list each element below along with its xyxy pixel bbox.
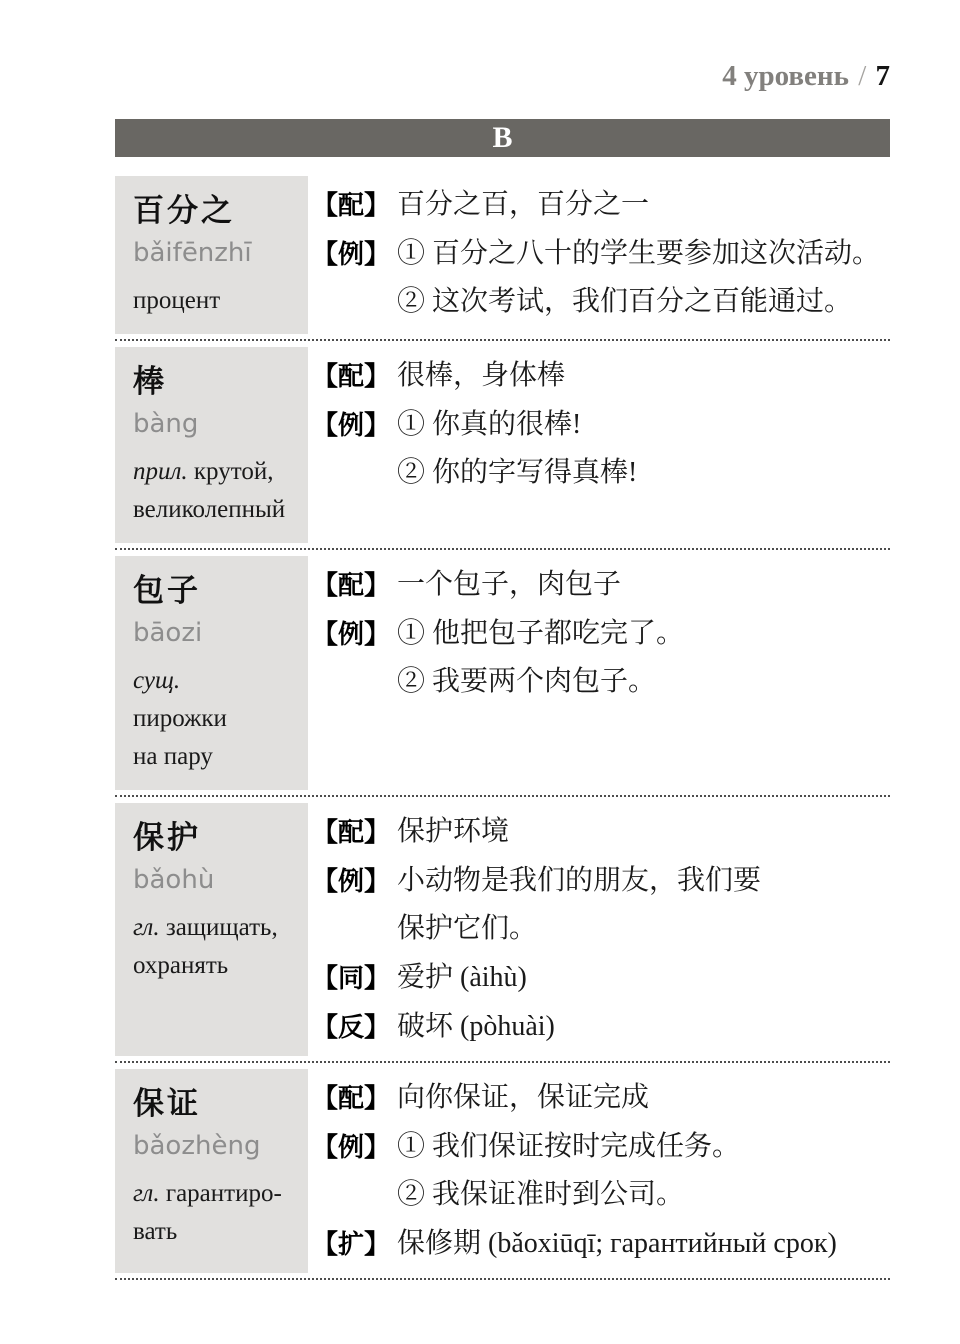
tag-li: 【例】 (312, 857, 390, 953)
collocation-line: 向你保证，保证完成 (397, 1074, 649, 1122)
russian-translation: гл. защищать, охранять (133, 909, 298, 985)
tag-li: 【例】 (312, 610, 390, 706)
synonym-segment: 【同】 爱护 (àihù) (312, 954, 890, 1002)
entry-bang: 棒 bàng прил. крутой, великолепный 【配】 很棒… (115, 347, 890, 543)
tag-tong: 【同】 (312, 954, 390, 1002)
pinyin: bǎohù (133, 863, 298, 897)
headword: 百分之 (133, 191, 298, 231)
example-segment: 【例】 ① 百分之八十的学生要参加这次活动。 ② 这次考试，我们百分之百能通过。 (312, 230, 890, 326)
example-segment: 【例】 ① 他把包子都吃完了。 ② 我要两个肉包子。 (312, 610, 890, 706)
russian-translation: прил. крутой, великолепный (133, 453, 298, 529)
entry-separator (115, 1061, 890, 1063)
entry-separator (115, 339, 890, 341)
page-content: 4 уровень / 7 B 百分之 bǎifēnzhī процент 【 (115, 0, 890, 1280)
headword: 包子 (133, 571, 298, 611)
collocation-segment: 【配】 很棒，身体棒 (312, 352, 890, 400)
tag-pei: 【配】 (312, 181, 390, 229)
tag-pei: 【配】 (312, 808, 390, 856)
russian-line: сущ. (133, 662, 298, 700)
example-line: ② 这次考试，我们百分之百能通过。 (397, 278, 880, 326)
example-line: ① 他把包子都吃完了。 (397, 610, 684, 658)
headword: 棒 (133, 362, 298, 402)
pinyin: bǎozhèng (133, 1129, 298, 1163)
synonym-line: 爱护 (àihù) (397, 954, 527, 1002)
header-separator: / (856, 60, 875, 92)
tag-pei: 【配】 (312, 561, 390, 609)
example-line: ② 我要两个肉包子。 (397, 658, 684, 706)
entry-right-column: 【配】 百分之百，百分之一 【例】 ① 百分之八十的学生要参加这次活动。 ② 这… (308, 176, 890, 334)
section-letter-bar: B (115, 119, 890, 157)
antonym-segment: 【反】 破坏 (pòhuài) (312, 1003, 890, 1051)
entry-right-column: 【配】 保护环境 【例】 小动物是我们的朋友，我们要 保护它们。 【同】 (308, 803, 890, 1056)
russian-line: на пару (133, 738, 298, 776)
headword: 保证 (133, 1084, 298, 1124)
entry-left-column: 棒 bàng прил. крутой, великолепный (115, 347, 308, 543)
tag-pei: 【配】 (312, 1074, 390, 1122)
example-line: 小动物是我们的朋友，我们要 (397, 857, 761, 905)
extension-line: 保修期 (bǎoxiūqī; гарантийный срок) (397, 1220, 837, 1268)
pinyin: bàng (133, 407, 298, 441)
example-line: 保护它们。 (397, 905, 761, 953)
example-line: ② 你的字写得真棒! (397, 449, 637, 497)
example-line: ① 百分之八十的学生要参加这次活动。 (397, 230, 880, 278)
russian-translation: гл. гарантиро- вать (133, 1175, 298, 1251)
example-line: ② 我保证准时到公司。 (397, 1171, 740, 1219)
entry-right-column: 【配】 一个包子，肉包子 【例】 ① 他把包子都吃完了。 ② 我要两个肉包子。 (308, 556, 890, 790)
entry-right-column: 【配】 向你保证，保证完成 【例】 ① 我们保证按时完成任务。 ② 我保证准时到… (308, 1069, 890, 1273)
russian-line: пирожки (133, 700, 298, 738)
russian-line: охранять (133, 947, 298, 985)
tag-fan: 【反】 (312, 1003, 390, 1051)
pinyin: bāozi (133, 616, 298, 650)
example-segment: 【例】 小动物是我们的朋友，我们要 保护它们。 (312, 857, 890, 953)
russian-line: процент (133, 282, 298, 320)
collocation-line: 很棒，身体棒 (397, 352, 565, 400)
dictionary-page: 4 уровень / 7 B 百分之 bǎifēnzhī процент 【 (0, 0, 960, 1344)
russian-line: прил. крутой, (133, 453, 298, 491)
entry-left-column: 保护 bǎohù гл. защищать, охранять (115, 803, 308, 1056)
collocation-segment: 【配】 一个包子，肉包子 (312, 561, 890, 609)
russian-line: вать (133, 1213, 298, 1251)
tag-kuo: 【扩】 (312, 1220, 390, 1268)
collocation-line: 百分之百，百分之一 (397, 181, 649, 229)
section-letter: B (492, 120, 512, 156)
tag-li: 【例】 (312, 230, 390, 326)
tag-li: 【例】 (312, 401, 390, 497)
collocation-segment: 【配】 百分之百，百分之一 (312, 181, 890, 229)
page-number: 7 (876, 60, 891, 92)
collocation-line: 一个包子，肉包子 (397, 561, 621, 609)
entry-baifenzhi: 百分之 bǎifēnzhī процент 【配】 百分之百，百分之一 【例】 (115, 176, 890, 334)
russian-translation: процент (133, 282, 298, 320)
collocation-segment: 【配】 向你保证，保证完成 (312, 1074, 890, 1122)
pinyin: bǎifēnzhī (133, 236, 298, 270)
entry-left-column: 百分之 bǎifēnzhī процент (115, 176, 308, 334)
tag-li: 【例】 (312, 1123, 390, 1219)
extension-segment: 【扩】 保修期 (bǎoxiūqī; гарантийный срок) (312, 1220, 890, 1268)
example-line: ① 我们保证按时完成任务。 (397, 1123, 740, 1171)
collocation-segment: 【配】 保护环境 (312, 808, 890, 856)
example-segment: 【例】 ① 我们保证按时完成任务。 ② 我保证准时到公司。 (312, 1123, 890, 1219)
entry-right-column: 【配】 很棒，身体棒 【例】 ① 你真的很棒! ② 你的字写得真棒! (308, 347, 890, 543)
collocation-line: 保护环境 (397, 808, 509, 856)
russian-translation: сущ. пирожки на пару (133, 662, 298, 776)
entry-separator (115, 548, 890, 550)
entry-baozi: 包子 bāozi сущ. пирожки на пару 【配】 一个包子，肉… (115, 556, 890, 790)
entry-left-column: 包子 bāozi сущ. пирожки на пару (115, 556, 308, 790)
russian-line: великолепный (133, 491, 298, 529)
entry-baohu: 保护 bǎohù гл. защищать, охранять 【配】 保护环境 (115, 803, 890, 1056)
example-line: ① 你真的很棒! (397, 401, 637, 449)
entry-separator (115, 795, 890, 797)
entry-separator (115, 1278, 890, 1280)
running-head: 4 уровень / 7 (115, 0, 890, 92)
tag-pei: 【配】 (312, 352, 390, 400)
antonym-line: 破坏 (pòhuài) (397, 1003, 555, 1051)
headword: 保护 (133, 818, 298, 858)
russian-line: гл. гарантиро- (133, 1175, 298, 1213)
entry-left-column: 保证 bǎozhèng гл. гарантиро- вать (115, 1069, 308, 1273)
entries-list: 百分之 bǎifēnzhī процент 【配】 百分之百，百分之一 【例】 (115, 157, 890, 1280)
example-segment: 【例】 ① 你真的很棒! ② 你的字写得真棒! (312, 401, 890, 497)
entry-baozheng: 保证 bǎozhèng гл. гарантиро- вать 【配】 向你保证… (115, 1069, 890, 1273)
level-label: 4 уровень (722, 60, 849, 92)
russian-line: гл. защищать, (133, 909, 298, 947)
